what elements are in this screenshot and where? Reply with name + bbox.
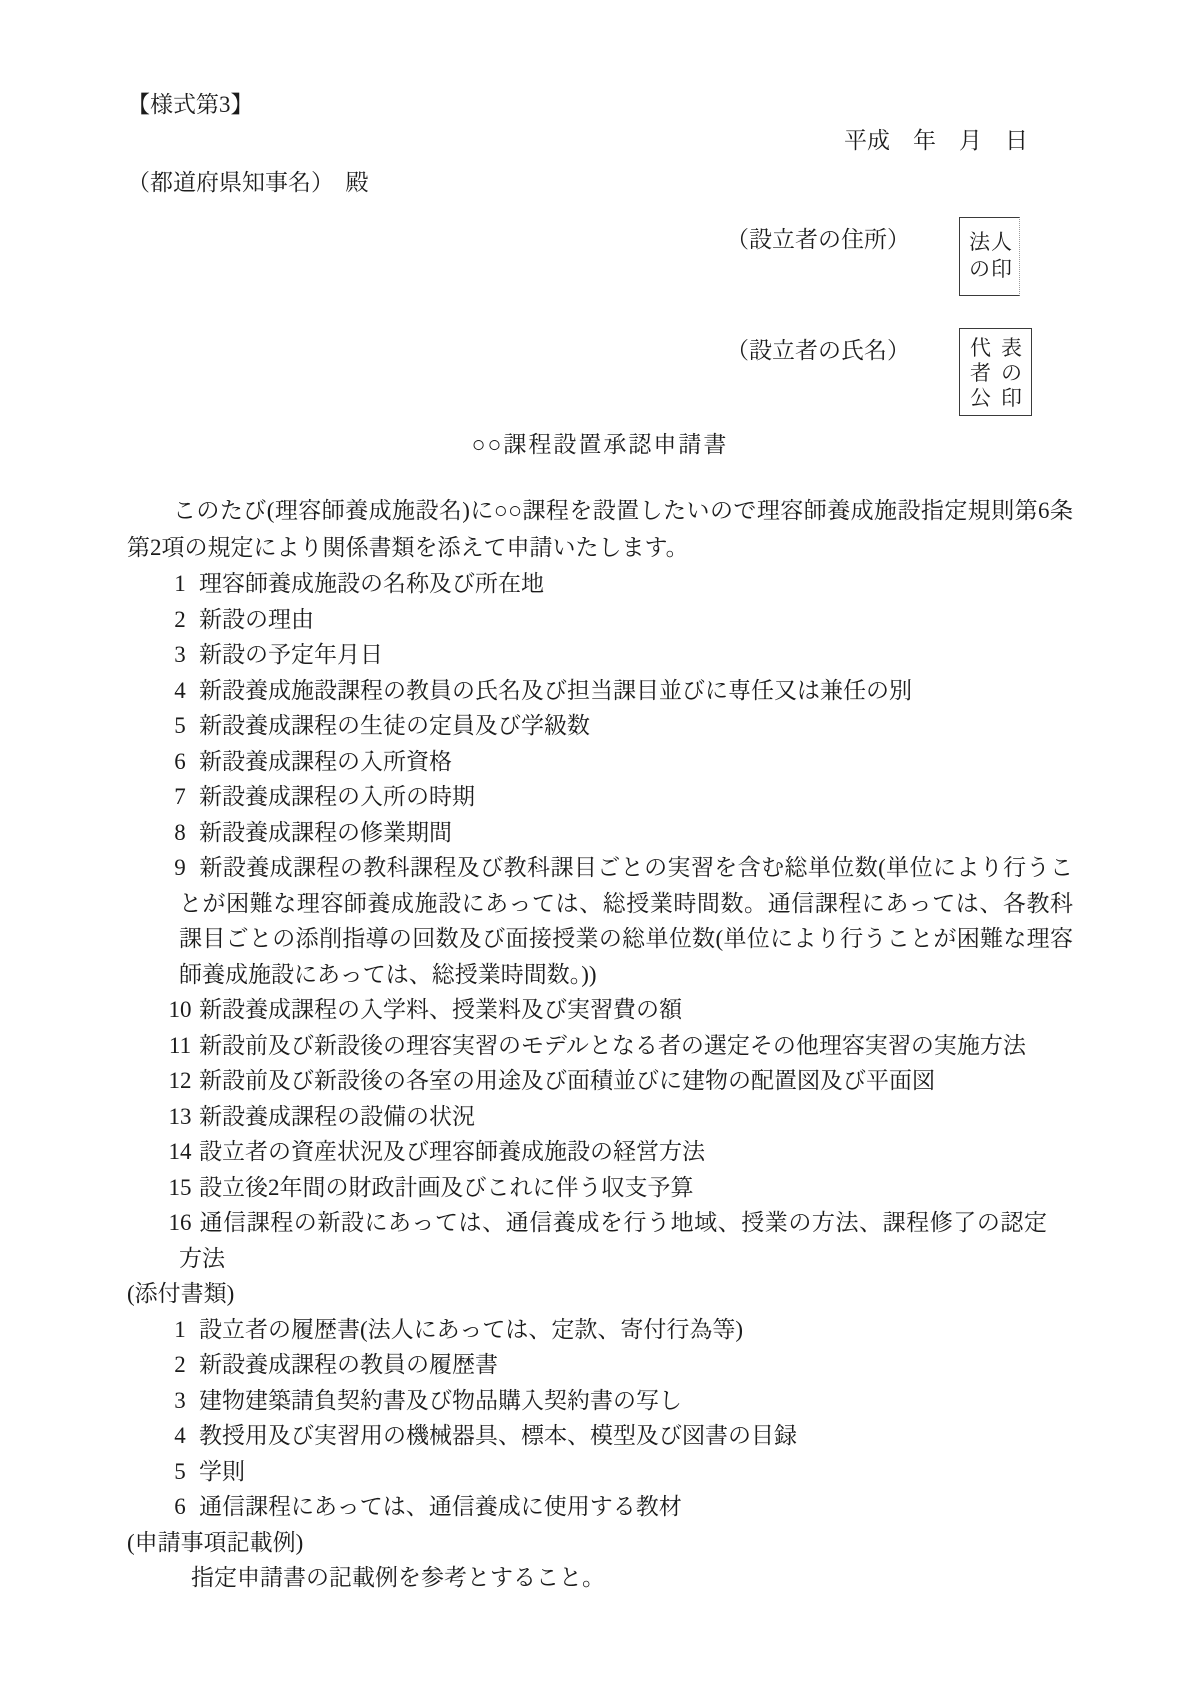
representative-seal-line-1: 代表 — [970, 336, 1031, 361]
list-item-number: 1 — [165, 566, 195, 602]
corporate-seal-box: 法人 の印 — [959, 217, 1020, 296]
list-item-text: 教授用及び実習用の機械器具、標本、模型及び図書の目録 — [199, 1423, 797, 1448]
list-item-text: 通信課程にあっては、通信養成に使用する教材 — [199, 1494, 682, 1519]
list-item-number: 5 — [165, 708, 195, 744]
attachments-list: 1設立者の履歴書(法人にあっては、定款、寄付行為等) 2新設養成課程の教員の履歴… — [127, 1312, 1073, 1525]
attachment-item-6: 6通信課程にあっては、通信養成に使用する教材 — [127, 1489, 1073, 1525]
attachment-item-5: 5学則 — [127, 1454, 1073, 1490]
list-item-3: 3新設の予定年月日 — [127, 637, 1073, 673]
list-item-text: 通信課程の新設にあっては、通信養成を行う地域、授業の方法、課程修了の認定方法 — [179, 1210, 1047, 1271]
list-item-number: 12 — [165, 1063, 195, 1099]
form-number-label: 【様式第3】 — [127, 90, 1073, 120]
corporate-seal-line-2: の印 — [969, 256, 1019, 283]
list-item-number: 15 — [165, 1170, 195, 1206]
attachment-item-3: 3建物建築請負契約書及び物品購入契約書の写し — [127, 1383, 1073, 1419]
founder-address-label: （設立者の住所） — [726, 225, 910, 255]
list-item-text: 新設前及び新設後の理容実習のモデルとなる者の選定その他理容実習の実施方法 — [199, 1033, 1026, 1058]
list-item-7: 7新設養成課程の入所の時期 — [127, 779, 1073, 815]
addressee-line: （都道府県知事名） 殿 — [127, 168, 1073, 198]
intro-paragraph: このたび(理容師養成施設名)に○○課程を設置したいので理容師養成施設指定規則第6… — [127, 492, 1073, 566]
list-item-number: 10 — [165, 992, 195, 1028]
document-title: ○○課程設置承認申請書 — [127, 430, 1073, 460]
list-item-4: 4新設養成施設課程の教員の氏名及び担当課目並びに専任又は兼任の別 — [127, 673, 1073, 709]
date-line: 平成 年 月 日 — [127, 126, 1073, 156]
list-item-number: 5 — [165, 1454, 195, 1490]
list-item-number: 9 — [165, 850, 195, 886]
list-item-text: 新設養成課程の入所の時期 — [199, 784, 475, 809]
founder-name-row: （設立者の氏名） 代表 者の 公印 — [127, 328, 1073, 416]
list-item-1: 1理容師養成施設の名称及び所在地 — [127, 566, 1073, 602]
list-item-number: 2 — [165, 602, 195, 638]
representative-seal-line-3: 公印 — [970, 386, 1031, 411]
list-item-text: 新設前及び新設後の各室の用途及び面積並びに建物の配置図及び平面図 — [199, 1068, 935, 1093]
notes-heading: (申請事項記載例) — [127, 1525, 1073, 1561]
list-item-number: 3 — [165, 637, 195, 673]
founder-name-label: （設立者の氏名） — [726, 336, 910, 366]
attachment-item-2: 2新設養成課程の教員の履歴書 — [127, 1347, 1073, 1383]
list-item-text: 学則 — [199, 1459, 245, 1484]
list-item-text: 新設養成課程の修業期間 — [199, 820, 452, 845]
list-item-16: 16通信課程の新設にあっては、通信養成を行う地域、授業の方法、課程修了の認定方法 — [127, 1205, 1073, 1276]
document-page: 【様式第3】 平成 年 月 日 （都道府県知事名） 殿 （設立者の住所） 法人 … — [0, 0, 1181, 1695]
list-item-text: 設立者の資産状況及び理容師養成施設の経営方法 — [199, 1139, 705, 1164]
list-item-2: 2新設の理由 — [127, 602, 1073, 638]
list-item-11: 11新設前及び新設後の理容実習のモデルとなる者の選定その他理容実習の実施方法 — [127, 1028, 1073, 1064]
corporate-seal-line-1: 法人 — [969, 229, 1019, 256]
list-item-number: 6 — [165, 1489, 195, 1525]
list-item-text: 建物建築請負契約書及び物品購入契約書の写し — [199, 1388, 682, 1413]
list-item-5: 5新設養成課程の生徒の定員及び学級数 — [127, 708, 1073, 744]
list-item-text: 新設養成課程の設備の状況 — [199, 1104, 475, 1129]
list-item-text: 理容師養成施設の名称及び所在地 — [199, 571, 544, 596]
representative-seal-line-2: 者の — [970, 361, 1031, 386]
list-item-number: 2 — [165, 1347, 195, 1383]
list-item-15: 15設立後2年間の財政計画及びこれに伴う収支予算 — [127, 1170, 1073, 1206]
list-item-number: 11 — [165, 1028, 195, 1064]
list-item-number: 4 — [165, 1418, 195, 1454]
list-item-number: 3 — [165, 1383, 195, 1419]
list-item-text: 新設養成施設課程の教員の氏名及び担当課目並びに専任又は兼任の別 — [199, 678, 912, 703]
list-item-text: 新設養成課程の教科課程及び教科課目ごとの実習を含む総単位数(単位により行うことが… — [179, 855, 1073, 987]
list-item-text: 新設養成課程の入所資格 — [199, 749, 452, 774]
list-item-12: 12新設前及び新設後の各室の用途及び面積並びに建物の配置図及び平面図 — [127, 1063, 1073, 1099]
list-item-13: 13新設養成課程の設備の状況 — [127, 1099, 1073, 1135]
list-item-number: 1 — [165, 1312, 195, 1348]
attachment-item-1: 1設立者の履歴書(法人にあっては、定款、寄付行為等) — [127, 1312, 1073, 1348]
list-item-number: 7 — [165, 779, 195, 815]
list-item-number: 14 — [165, 1134, 195, 1170]
list-item-text: 設立者の履歴書(法人にあっては、定款、寄付行為等) — [199, 1317, 743, 1342]
list-item-number: 13 — [165, 1099, 195, 1135]
list-item-6: 6新設養成課程の入所資格 — [127, 744, 1073, 780]
attachment-item-4: 4教授用及び実習用の機械器具、標本、模型及び図書の目録 — [127, 1418, 1073, 1454]
list-item-number: 16 — [165, 1205, 195, 1241]
representative-seal-box: 代表 者の 公印 — [959, 328, 1032, 416]
list-item-14: 14設立者の資産状況及び理容師養成施設の経営方法 — [127, 1134, 1073, 1170]
application-items-list: 1理容師養成施設の名称及び所在地 2新設の理由 3新設の予定年月日 4新設養成施… — [127, 566, 1073, 1276]
list-item-number: 6 — [165, 744, 195, 780]
list-item-text: 設立後2年間の財政計画及びこれに伴う収支予算 — [199, 1175, 694, 1200]
founder-address-row: （設立者の住所） 法人 の印 — [127, 217, 1073, 296]
attachments-heading: (添付書類) — [127, 1276, 1073, 1312]
notes-body: 指定申請書の記載例を参考とすること。 — [127, 1560, 1073, 1596]
list-item-number: 8 — [165, 815, 195, 851]
list-item-text: 新設養成課程の生徒の定員及び学級数 — [199, 713, 590, 738]
list-item-8: 8新設養成課程の修業期間 — [127, 815, 1073, 851]
list-item-text: 新設の予定年月日 — [199, 642, 383, 667]
list-item-text: 新設の理由 — [199, 607, 314, 632]
list-item-9: 9新設養成課程の教科課程及び教科課目ごとの実習を含む総単位数(単位により行うこと… — [127, 850, 1073, 992]
list-item-10: 10新設養成課程の入学料、授業料及び実習費の額 — [127, 992, 1073, 1028]
list-item-text: 新設養成課程の教員の履歴書 — [199, 1352, 498, 1377]
list-item-number: 4 — [165, 673, 195, 709]
list-item-text: 新設養成課程の入学料、授業料及び実習費の額 — [199, 997, 682, 1022]
